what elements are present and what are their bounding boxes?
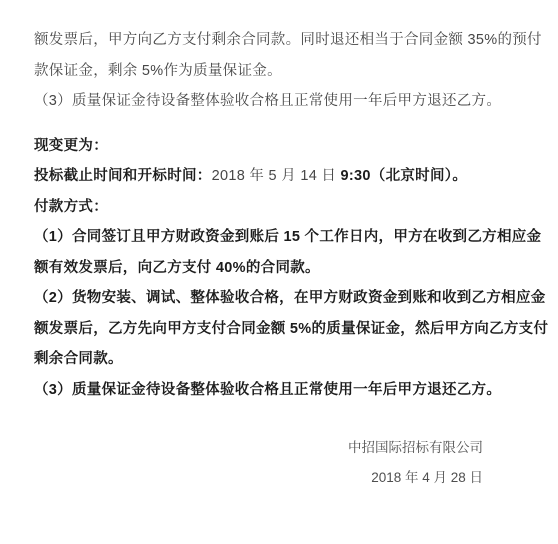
clause-2-line-2: 额发票后，乙方先向甲方支付合同金额 5%的质量保证金，然后甲方向乙方支付 — [34, 314, 524, 345]
prev-clause-3: （3）质量保证金待设备整体验收合格且正常使用一年后甲方退还乙方。 — [34, 86, 524, 117]
bid-deadline-line-segment: 9:30 — [341, 168, 371, 184]
clause-2-line-1: （2）货物安装、调试、整体验收合格，在甲方财政资金到账和收到乙方相应金 — [34, 283, 524, 314]
bid-deadline-line: 投标截止时间和开标时间：2018 年 5 月 14 日 9:30（北京时间）。 — [34, 161, 524, 192]
clause-1-line-1: （1）合同签订且甲方财政资金到账后 15 个工作日内，甲方在收到乙方相应金 — [34, 222, 524, 253]
prev-clause-payment-line-2-segment: 款保证金，剩余 5%作为质量保证金。 — [34, 63, 282, 79]
clause-3: （3）质量保证金待设备整体验收合格且正常使用一年后甲方退还乙方。 — [34, 375, 524, 406]
bid-deadline-line-segment: 投标截止时间和开标时间： — [34, 168, 212, 184]
document-body: 额发票后，甲方向乙方支付剩余合同款。同时退还相当于合同金额 35%的预付款保证金… — [34, 25, 524, 405]
prev-clause-3-segment: （3）质量保证金待设备整体验收合格且正常使用一年后甲方退还乙方。 — [34, 93, 501, 109]
bid-deadline-line-segment: 2018 年 5 月 14 日 — [212, 168, 341, 184]
document-page: 额发票后，甲方向乙方支付剩余合同款。同时退还相当于合同金额 35%的预付款保证金… — [0, 0, 558, 544]
prev-clause-payment-line-1-segment: 额发票后，甲方向乙方支付剩余合同款。同时退还相当于合同金额 35%的预付 — [34, 32, 542, 48]
signature-company: 中招国际招标有限公司 — [34, 433, 483, 463]
clause-1-line-2-segment: 额有效发票后，向乙方支付 40%的合同款。 — [34, 260, 320, 276]
payment-method-heading-segment: 付款方式： — [34, 199, 108, 215]
clause-2-line-2-segment: 额发票后，乙方先向甲方支付合同金额 5%的质量保证金，然后甲方向乙方支付 — [34, 321, 548, 337]
clause-1-line-1-segment: （1）合同签订且甲方财政资金到账后 15 个工作日内，甲方在收到乙方相应金 — [34, 229, 541, 245]
prev-clause-payment-line-2: 款保证金，剩余 5%作为质量保证金。 — [34, 56, 524, 87]
prev-clause-payment-line-1: 额发票后，甲方向乙方支付剩余合同款。同时退还相当于合同金额 35%的预付 — [34, 25, 524, 56]
payment-method-heading: 付款方式： — [34, 192, 524, 223]
bid-deadline-line-segment: （北京时间）。 — [371, 168, 467, 184]
clause-1-line-2: 额有效发票后，向乙方支付 40%的合同款。 — [34, 253, 524, 284]
signature-block: 中招国际招标有限公司 2018 年 4 月 28 日 — [34, 433, 524, 493]
clause-3-segment: （3）质量保证金待设备整体验收合格且正常使用一年后甲方退还乙方。 — [34, 382, 501, 398]
signature-date: 2018 年 4 月 28 日 — [34, 463, 483, 493]
clause-2-line-3-segment: 剩余合同款。 — [34, 351, 123, 367]
clause-2-line-3: 剩余合同款。 — [34, 344, 524, 375]
amendment-heading: 现变更为： — [34, 131, 524, 162]
clause-2-line-1-segment: （2）货物安装、调试、整体验收合格，在甲方财政资金到账和收到乙方相应金 — [34, 290, 546, 306]
amendment-heading-segment: 现变更为： — [34, 138, 108, 154]
